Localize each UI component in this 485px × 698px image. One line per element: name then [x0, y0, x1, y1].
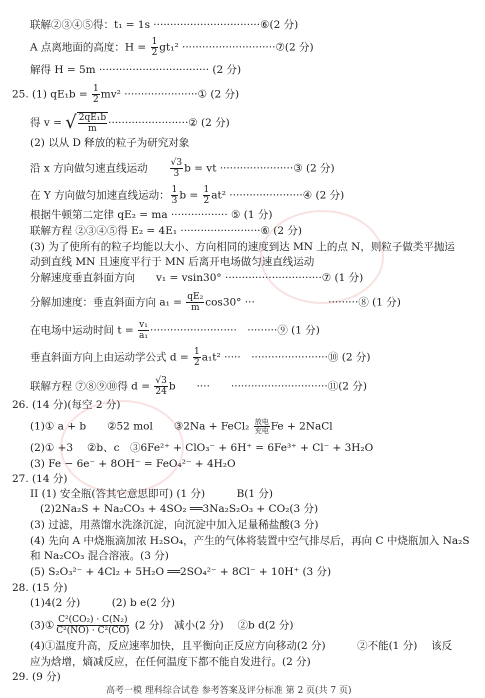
numerator: v₁ — [138, 320, 149, 331]
fraction: √33 — [170, 158, 183, 179]
q28-part4-a: (4)①温度升高，反应速率加快，且平衡向正反应方向移动(2 分) ②不能(1 分… — [30, 639, 452, 653]
fraction: 2qE₁bm — [78, 113, 107, 134]
condition-top: 放电 — [254, 418, 270, 427]
numerator: √3 — [170, 158, 183, 169]
q28-header: 28. (15 分) — [12, 581, 67, 595]
q28-part4-b: 应为焓增，熵减反应，在任何温度下都不能自发进行。(2 分) — [30, 655, 311, 669]
denominator: C²(NO) · C²(CO) — [55, 626, 130, 636]
denominator: 2 — [193, 358, 201, 368]
text: 得 v = — [30, 117, 65, 129]
text: ·························· ·········⑨ (1… — [150, 325, 320, 337]
numerator: 1 — [203, 185, 211, 196]
q25-part1: 25. (1) qE₁b = 12mv² ···················… — [12, 84, 239, 105]
numerator: 1 — [171, 185, 179, 196]
numerator: 2qE₁b — [78, 113, 107, 124]
numerator: √3 — [154, 376, 167, 387]
denominator: m — [190, 303, 201, 313]
text: ························② (2 分) — [108, 117, 230, 129]
text: b ···· ·····························⑪(2 … — [169, 381, 367, 393]
denominator: 3 — [171, 196, 179, 206]
q27-part2: (2)2Na₂S + Na₂CO₃ + 4SO₂ ══3Na₂S₂O₃ + CO… — [40, 502, 318, 516]
text: b = — [179, 190, 201, 202]
fraction: 12 — [203, 185, 211, 206]
denominator: 2 — [203, 196, 211, 206]
q27-part3: (3) 过滤，用蒸馏水洗涤沉淀，向沉淀中加入足量稀盐酸(3 分) — [30, 518, 318, 532]
text: b = vt ······················③ (2 分) — [184, 163, 335, 175]
numerator: qE₂ — [186, 292, 204, 303]
q26-header: 26. (14 分)(每空 2 分) — [12, 398, 120, 412]
q25-part2-intro: (2) 以从 D 释放的粒子为研究对象 — [30, 136, 189, 150]
text: 在 Y 方向做匀加速直线运动： — [30, 190, 170, 202]
q26-part2: (2)① +3 ②b、c ③6Fe²⁺ + ClO₃⁻ + 6H⁺ = 6Fe³… — [30, 441, 373, 455]
line-v1: 分解速度垂直斜面方向 v₁ = vsin30° ················… — [30, 271, 363, 285]
q27-part1: II (1) 安全瓶(答其它意思即可) (1 分) B(1 分) — [30, 487, 273, 501]
text: 在电场中运动时间 t = — [30, 325, 137, 337]
line-velocity: 得 v = √2qE₁bm························② (… — [30, 112, 230, 134]
fraction: qE₂m — [186, 292, 204, 313]
fraction: 12 — [92, 84, 100, 105]
line-H-result: 解得 H = 5m ······························… — [30, 63, 241, 77]
text: a₁t² ····· ·······················⑩ (2 分… — [202, 352, 371, 364]
text: 垂直斜面方向上由运动学公式 d = — [30, 352, 192, 364]
text: gt₁² ····························⑦(2 分) — [159, 42, 313, 54]
text: 分解加速度：垂直斜面方向 a₁ = — [30, 297, 185, 309]
numerator: 1 — [92, 84, 100, 95]
sqrt-expression: √2qE₁bm — [65, 112, 108, 134]
denominator: 3 — [172, 169, 180, 179]
fraction: v₁a₁ — [138, 320, 149, 341]
line-height-H: A 点离地面的高度：H = 12gt₁² ···················… — [30, 37, 314, 58]
q28-part3: (3)①C²(CO₂) · C(N₂)C²(NO) · C²(CO) (2 分)… — [30, 615, 294, 636]
q25-part3-a: (3) 为了使所有的粒子均能以大小、方向相同的速度到达 MN 上的点 N，则粒子… — [30, 240, 455, 254]
line-E2: 联解方程 ②③④⑤得 E₂ = 4E₁ ····················… — [30, 224, 302, 238]
fraction: 12 — [151, 37, 159, 58]
reaction-condition: 放电充电 — [254, 418, 270, 435]
text: (2 分) 减小(2 分) ②b d(2 分) — [131, 620, 293, 632]
line-newton: 根据牛顿第二定律 qE₂ = ma ················· ⑤ (1… — [30, 208, 273, 222]
q29-header: 29. (9 分) — [12, 670, 61, 684]
text: 联解方程 ⑦⑧⑨⑩得 d = — [30, 381, 153, 393]
equilibrium-constant: C²(CO₂) · C(N₂)C²(NO) · C²(CO) — [55, 615, 130, 636]
numerator: C²(CO₂) · C(N₂) — [57, 615, 128, 626]
text: cos30° ··· ·········⑧ (1 分) — [205, 297, 401, 309]
line-d-result: 联解方程 ⑦⑧⑨⑩得 d = √324b ···· ··············… — [30, 376, 367, 397]
line-a1: 分解加速度：垂直斜面方向 a₁ = qE₂mcos30° ··· ·······… — [30, 292, 401, 313]
line-d-formula: 垂直斜面方向上由运动学公式 d = 12a₁t² ····· ·········… — [30, 347, 371, 368]
text: (3)① — [30, 620, 54, 632]
text: at² ······················④ (2 分) — [211, 190, 344, 202]
line-solve-t1: 联解②③④⑤得：t₁ = 1s ························… — [30, 18, 298, 32]
text: 25. (1) qE₁b = — [12, 89, 91, 101]
line-y-motion: 在 Y 方向做匀加速直线运动：13b = 12at² ·············… — [30, 185, 344, 206]
q27-part4-b: 和 Na₂CO₃ 混合溶液。(3 分) — [30, 549, 169, 563]
denominator: a₁ — [138, 331, 149, 341]
q26-part1: (1)① a + b ②52 mol ③2Na + FeCl₂ 放电充电Fe +… — [30, 418, 333, 435]
q27-part4-a: (4) 先向 A 中烧瓶滴加浓 H₂SO₄，产生的气体将装置中空气排尽后，再向 … — [30, 534, 470, 548]
numerator: 1 — [151, 37, 159, 48]
fraction: 12 — [193, 347, 201, 368]
denominator: 2 — [151, 48, 159, 58]
line-x-motion: 沿 x 方向做匀速直线运动 √33b = vt ················… — [30, 158, 335, 179]
text: 沿 x 方向做匀速直线运动 — [30, 163, 169, 175]
denominator: m — [87, 124, 98, 134]
text: Fe + 2NaCl — [271, 421, 333, 433]
fraction: √324 — [154, 376, 167, 397]
text: (1)① a + b ②52 mol ③2Na + FeCl₂ — [30, 421, 253, 433]
q25-part3-b: 动到直线 MN 且速度平行于 MN 后离开电场做匀速直线运动 — [30, 255, 314, 269]
fraction: 13 — [171, 185, 179, 206]
q27-header: 27. (14 分) — [12, 472, 67, 486]
denominator: 24 — [154, 387, 167, 397]
q26-part3: (3) Fe − 6e⁻ + 8OH⁻ = FeO₄²⁻ + 4H₂O — [30, 457, 236, 471]
condition-bottom: 充电 — [254, 427, 270, 435]
denominator: 2 — [92, 95, 100, 105]
text: mv² ······················① (2 分) — [101, 89, 239, 101]
text: A 点离地面的高度：H = — [30, 42, 150, 54]
page-footer: 高考一模 理科综合试卷 参考答案及评分标准 第 2 页(共 7 页) — [106, 684, 352, 698]
line-time: 在电场中运动时间 t = v₁a₁·······················… — [30, 320, 320, 341]
q28-part1-2: (1)4(2 分) (2) b e(2 分) — [30, 596, 175, 610]
numerator: 1 — [193, 347, 201, 358]
q27-part5: (5) S₂O₃²⁻ + 4Cl₂ + 5H₂O ══2SO₄²⁻ + 8Cl⁻… — [30, 565, 331, 579]
